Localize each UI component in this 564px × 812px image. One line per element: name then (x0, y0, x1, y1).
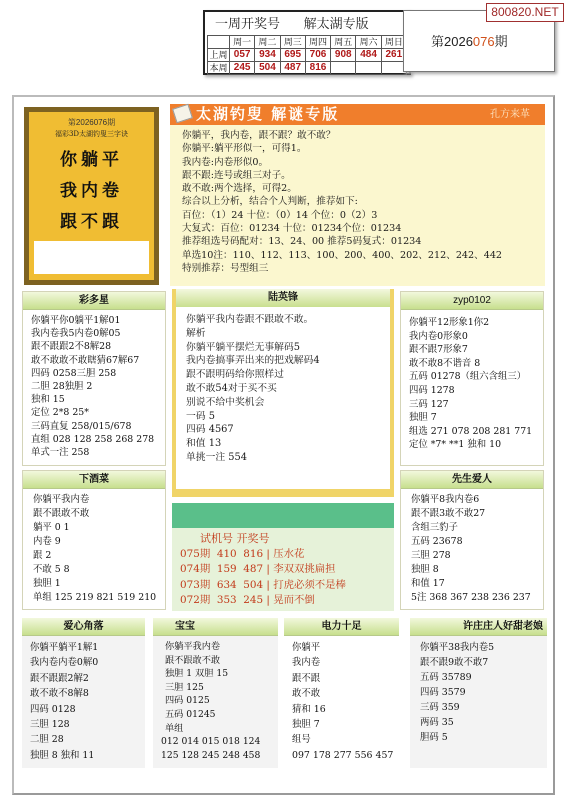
section-line: 组选 271 078 208 281 771 (409, 425, 543, 439)
section-line: 四码 0258三胆 258 (31, 367, 165, 380)
section-line: 五码 23678 (411, 535, 543, 549)
section-line: 独胆 1 双胆 15 (165, 667, 278, 681)
section-line: 独和 15 (31, 393, 165, 406)
section-line: 内卷 9 (33, 535, 165, 549)
puzzle-line: 敢不敢:两个选择，可得2。 (182, 182, 545, 195)
section-line: 跟不跟3敢不敢27 (411, 507, 543, 521)
day-header: 周六 (356, 36, 381, 49)
section-line: 三胆 278 (411, 549, 543, 563)
section-line: 五码 01278（组六含组三） (409, 370, 543, 384)
section-line: 097 178 277 556 457 (292, 748, 399, 763)
section-line: 二胆 28独胆 2 (31, 380, 165, 393)
section-line: 跟不跟敢不敢 (33, 507, 165, 521)
section-line: 你躺平我内卷 (165, 640, 278, 654)
section-line: 和值 17 (411, 577, 543, 591)
section-line: 四码 1278 (409, 384, 543, 398)
section-line: 不敢 5 8 (33, 563, 165, 577)
section-line: 躺平 0 1 (33, 521, 165, 535)
section-line: 跟不跟跟2解2 (30, 671, 145, 686)
puzzle-header: 太湖钓叟 解谜专版 孔方来革 (170, 104, 545, 125)
gold-card: 第2026076期 福彩3D太湖钓叟三字诀 你躺平 我内卷 跟不跟 敢不敢 (24, 107, 159, 285)
section-line: 直组 028 128 258 268 278 (31, 433, 165, 446)
section-line: 独胆 8 独和 11 (30, 748, 145, 763)
draw-number: 816 (305, 62, 330, 75)
corner-cell (208, 36, 230, 49)
section-line: 定位 *7* **1 独和 10 (409, 438, 543, 452)
draw-number: 908 (331, 49, 356, 62)
section-line: 我内卷我5内卷0解05 (31, 327, 165, 340)
section-line: 敢不敢54对于买不买 (186, 382, 390, 396)
section-title: 下酒菜 (23, 471, 165, 489)
section-line: 四码 4567 (186, 423, 390, 437)
section-title: 彩多星 (23, 292, 165, 310)
section-line: 跟不跟明码给你照样过 (186, 368, 390, 382)
section-dianlishizu: 电力十足 你躺平 我内卷 跟不跟 敢不敢 猜和 16 独胆 7 组号 097 1… (284, 618, 399, 768)
section-xiajiucai: 下酒菜 你躺平我内卷 跟不跟敢不敢 躺平 0 1 内卷 9 跟 2 不敢 5 8… (22, 470, 166, 610)
section-line: 你躺平8我内卷6 (411, 493, 543, 507)
puzzle-line: 推荐组选号码配对：13、24、00 推荐5码复式：01234 (182, 235, 545, 248)
section-line: 含组三豹子 (411, 521, 543, 535)
section-line: 你躺平 (292, 640, 399, 655)
weekly-row-last-week: 上周 057 934 695 706 908 484 261 (208, 49, 407, 62)
section-line: 单组 (165, 722, 278, 736)
weekly-header-row: 周一 周二 周三 周四 周五 周六 周日 (208, 36, 407, 49)
trial-header-bar (172, 503, 394, 528)
section-line: 你躺平躺平摆烂无事解码5 (186, 341, 390, 355)
section-line: 我内卷搞事弄出来的把戏解码4 (186, 354, 390, 368)
gold-card-subtitle: 福彩3D太湖钓叟三字诀 (29, 129, 154, 139)
section-line: 别说不给中奖机会 (186, 396, 390, 410)
section-title: 宝宝 (153, 618, 278, 636)
section-line: 跟不跟敢不敢 (165, 654, 278, 668)
draw-number: 706 (305, 49, 330, 62)
section-line: 跟 2 (33, 549, 165, 563)
gold-card-line: 跟不跟 (29, 207, 154, 232)
section-line: 独胆 1 (33, 577, 165, 591)
section-line: 猜和 16 (292, 702, 399, 717)
section-caiduoxing: 彩多星 你躺平你0躺平1解01 我内卷我5内卷0解05 跟不跟跟2不8解28 敢… (22, 291, 166, 466)
puzzle-title: 太湖钓叟 解谜专版 (196, 104, 339, 125)
section-line: 我内卷内卷0解0 (30, 655, 145, 670)
section-aixinjiaoluo: 爱心角落 你躺平躺平1解1 我内卷内卷0解0 跟不跟跟2解2 敢不敢不8解8 四… (22, 618, 145, 768)
weekly-title: 一周开奖号 解太湖专版 (205, 12, 409, 35)
puzzle-body: 你躺平，我内卷，跟不跟？敢不敢？ 你躺平:躺平形似一，可得1。 我内卷:内卷形似… (170, 125, 545, 275)
draw-number: 487 (280, 62, 305, 75)
section-xianshengairen: 先生爱人 你躺平8我内卷6 跟不跟3敢不敢27 含组三豹子 五码 23678 三… (400, 470, 544, 610)
trial-number-panel: 试机号 开奖号 075期 410 816 | 压水花 074期 159 487 … (172, 503, 394, 611)
section-title: 先生爱人 (401, 471, 543, 489)
gold-card-blank (34, 241, 149, 274)
draw-number: 504 (255, 62, 280, 75)
draw-number: 695 (280, 49, 305, 62)
issue-number: 第2026076期 (431, 31, 508, 50)
section-line: 独胆 8 (411, 563, 543, 577)
section-line: 敢不敢不8解8 (30, 686, 145, 701)
section-line: 跟不跟7形象7 (409, 343, 543, 357)
section-line: 解析 (186, 327, 390, 341)
gold-card-issue: 第2026076期 (29, 117, 154, 128)
section-line: 四码 0125 (165, 694, 278, 708)
draw-number: 057 (230, 49, 255, 62)
section-line: 胆码 5 (420, 730, 547, 745)
section-line: 敢不敢 (292, 686, 399, 701)
puzzle-line: 大复式：百位：01234 十位：01234个位：01234 (182, 222, 545, 235)
day-header: 周一 (230, 36, 255, 49)
site-badge[interactable]: 800820.NET (486, 3, 564, 22)
gold-card-line: 你躺平 (29, 145, 154, 170)
section-line: 四码 3579 (420, 685, 547, 700)
section-line: 你躺平我内卷跟不跟敢不敢。 (186, 313, 390, 327)
trial-row: 075期 410 816 | 压水花 (180, 547, 394, 563)
weekly-title-text: 一周开奖号 (215, 16, 280, 31)
trial-row: 072期 353 245 | 晃而不倒 (180, 593, 394, 609)
puzzle-line: 特别推荐：号型组三 (182, 262, 545, 275)
section-line: 三码 127 (409, 398, 543, 412)
section-line: 跟不跟9敢不敢7 (420, 655, 547, 670)
section-line: 我内卷 (292, 655, 399, 670)
section-line: 单式一注 258 (31, 446, 165, 459)
section-line: 你躺平你0躺平1解01 (31, 314, 165, 327)
puzzle-line: 跟不跟:连号或组三对子。 (182, 169, 545, 182)
day-header: 周四 (305, 36, 330, 49)
section-line: 敢不敢8不谐音 8 (409, 357, 543, 371)
draw-number: 934 (255, 49, 280, 62)
section-title: 电力十足 (284, 618, 399, 636)
puzzle-line: 你躺平，我内卷，跟不跟？敢不敢？ (182, 129, 545, 142)
section-line: 跟不跟 (292, 671, 399, 686)
issue-suffix: 期 (495, 34, 508, 49)
trial-row: 073期 634 504 | 打虎必须不是棒 (180, 578, 394, 594)
section-line: 和值 13 (186, 437, 390, 451)
puzzle-line: 我内卷:内卷形似0。 (182, 156, 545, 169)
row-label: 本周 (208, 62, 230, 75)
issue-prefix: 第2026 (431, 34, 473, 49)
section-luyingfeng: 陆英锋 你躺平我内卷跟不跟敢不敢。 解析 你躺平躺平摆烂无事解码5 我内卷搞事弄… (172, 289, 394, 497)
section-line: 三码 359 (420, 700, 547, 715)
book-icon (172, 104, 193, 124)
day-header: 周三 (280, 36, 305, 49)
draw-number (331, 62, 356, 75)
issue-number-red: 076 (473, 34, 495, 49)
section-title: 爱心角落 (22, 618, 145, 636)
weekly-row-this-week: 本周 245 504 487 816 (208, 62, 407, 75)
section-zyp0102: zyp0102 你躺平12形象1你2 我内卷0形象0 跟不跟7形象7 敢不敢8不… (400, 291, 544, 466)
section-line: 单组 125 219 821 519 210 (33, 591, 165, 605)
weekly-table: 周一 周二 周三 周四 周五 周六 周日 上周 057 934 695 706 … (207, 35, 407, 75)
section-line: 我内卷0形象0 (409, 330, 543, 344)
section-line: 5注 368 367 238 236 237 (411, 591, 543, 605)
section-line: 四码 0128 (30, 702, 145, 717)
trial-row: 074期 159 487 | 李双双挑扁担 (180, 562, 394, 578)
section-line: 125 128 245 248 458 (161, 749, 278, 763)
section-line: 五码 35789 (420, 670, 547, 685)
section-line: 三胆 125 (165, 681, 278, 695)
section-title: 许庄庄人好甜老娘 (410, 618, 547, 636)
section-xuzhuangyuan: 许庄庄人好甜老娘 你躺平38我内卷5 跟不跟9敢不敢7 五码 35789 四码 … (410, 618, 547, 768)
section-line: 你躺平我内卷 (33, 493, 165, 507)
section-line: 独胆 7 (409, 411, 543, 425)
section-line: 一码 5 (186, 410, 390, 424)
section-line: 独胆 7 (292, 717, 399, 732)
section-line: 定位 2*8 25* (31, 406, 165, 419)
section-baobao: 宝宝 你躺平我内卷 跟不跟敢不敢 独胆 1 双胆 15 三胆 125 四码 01… (153, 618, 278, 768)
day-header: 周二 (255, 36, 280, 49)
puzzle-line: 你躺平:躺平形似一，可得1。 (182, 142, 545, 155)
draw-number: 245 (230, 62, 255, 75)
weekly-draw-table: 一周开奖号 解太湖专版 周一 周二 周三 周四 周五 周六 周日 上周 057 … (203, 10, 411, 75)
section-line: 你躺平12形象1你2 (409, 316, 543, 330)
day-header: 周五 (331, 36, 356, 49)
puzzle-line: 单选10注：110、112、113、100、200、400、202、212、24… (182, 249, 545, 262)
gold-card-line: 我内卷 (29, 176, 154, 201)
section-line: 你躺平躺平1解1 (30, 640, 145, 655)
row-label: 上周 (208, 49, 230, 62)
puzzle-line: 百位：（1）24 十位：（0）14 个位：0（2）3 (182, 209, 545, 222)
section-line: 二胆 28 (30, 732, 145, 747)
puzzle-line: 综合以上分析，结合个人判断，推荐如下: (182, 195, 545, 208)
draw-number (356, 62, 381, 75)
puzzle-author: 孔方来革 (490, 104, 530, 125)
weekly-subtitle-text: 解太湖专版 (304, 16, 369, 31)
section-title: 陆英锋 (176, 289, 390, 307)
section-line: 两码 35 (420, 715, 547, 730)
section-line: 三码直复 258/015/678 (31, 420, 165, 433)
section-line: 三胆 128 (30, 717, 145, 732)
puzzle-panel: 太湖钓叟 解谜专版 孔方来革 你躺平，我内卷，跟不跟？敢不敢？ 你躺平:躺平形似… (170, 104, 545, 286)
section-title: zyp0102 (401, 292, 543, 310)
section-line: 你躺平38我内卷5 (420, 640, 547, 655)
section-line: 组号 (292, 732, 399, 747)
draw-number: 484 (356, 49, 381, 62)
section-line: 五码 01245 (165, 708, 278, 722)
section-line: 敢不敢敢不敢瞎猜67解67 (31, 354, 165, 367)
section-line: 跟不跟跟2不8解28 (31, 340, 165, 353)
trial-title: 试机号 开奖号 (180, 531, 394, 547)
section-line: 单挑一注 554 (186, 451, 390, 465)
section-line: 012 014 015 018 124 (161, 735, 278, 749)
